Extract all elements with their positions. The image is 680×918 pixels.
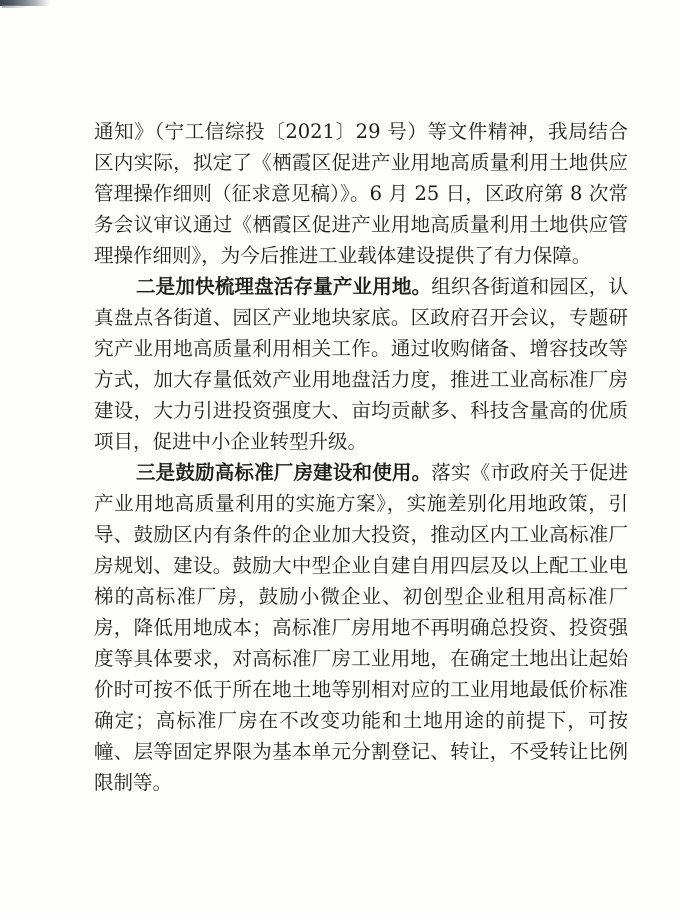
paragraph: 三是鼓励高标准厂房建设和使用。落实《市政府关于促进产业用地高质量利用的实施方案》… [94, 457, 628, 798]
paragraph-lead-bold: 三是鼓励高标准厂房建设和使用。 [136, 461, 431, 484]
paragraph-text: 通知》（宁工信综投〔2021〕29 号）等文件精神，我局结合区内实际，拟定了《栖… [94, 120, 628, 267]
paragraph: 二是加快梳理盘活存量产业用地。组织各街道和园区，认真盘点各街道、园区产业地块家底… [94, 271, 628, 457]
paragraph-text: 组织各街道和园区，认真盘点各街道、园区产业地块家底。区政府召开会议，专题研究产业… [94, 275, 628, 453]
scanned-page: 通知》（宁工信综投〔2021〕29 号）等文件精神，我局结合区内实际，拟定了《栖… [0, 0, 680, 918]
document-body: 通知》（宁工信综投〔2021〕29 号）等文件精神，我局结合区内实际，拟定了《栖… [94, 116, 628, 798]
paragraph: 通知》（宁工信综投〔2021〕29 号）等文件精神，我局结合区内实际，拟定了《栖… [94, 116, 628, 271]
scan-smudge-artifact-secondary [2, 5, 28, 8]
paragraph-lead-bold: 二是加快梳理盘活存量产业用地。 [136, 275, 431, 298]
paragraph-text: 落实《市政府关于促进产业用地高质量利用的实施方案》，实施差别化用地政策，引导、鼓… [94, 461, 628, 794]
